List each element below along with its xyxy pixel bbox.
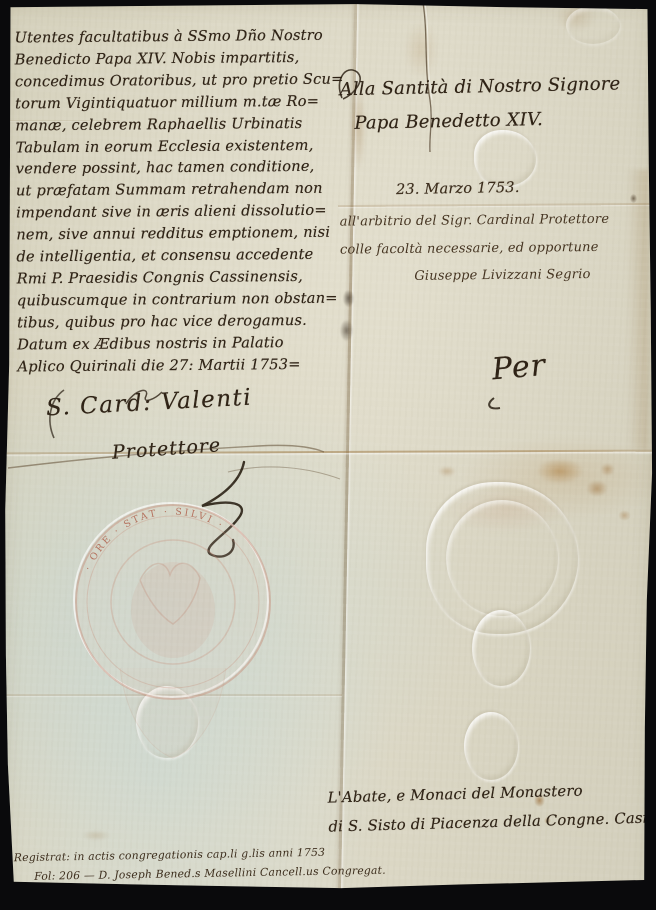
embossed-oval — [472, 610, 530, 686]
seal-device — [140, 563, 200, 624]
latin-line: concedimus Oratoribus, ut pro pretio Scu… — [15, 68, 341, 93]
seal-inscription: · ORE · STAT · SILVI · — [83, 507, 226, 573]
embossed-oval — [566, 6, 620, 44]
rescript-line: Giuseppe Livizzani Segrio — [340, 260, 652, 291]
latin-line: vendere possint, hac tamen conditione, — [16, 156, 342, 181]
stain — [404, 22, 438, 78]
date-line: 23. Marzo 1753. — [396, 180, 520, 198]
embossed-seal-impression — [446, 500, 558, 616]
per-flick — [489, 398, 500, 408]
stain — [536, 458, 584, 484]
stain — [586, 480, 608, 497]
rescript-line: colle facoltà necessarie, ed opportune — [340, 233, 652, 264]
latin-line: manæ, celebrem Raphaellis Urbinatis — [15, 112, 341, 137]
latin-line: Benedicto Papa XIV. Nobis impartitis, — [15, 46, 341, 71]
signature-name: S. Card: Valenti — [45, 385, 252, 422]
latin-line: ut præfatam Summam retrahendam non — [16, 178, 342, 203]
embossed-oval — [464, 712, 518, 780]
addressee-block: L'Abate, e Monaci del Monastero di S. Si… — [327, 774, 656, 841]
latin-line: quibuscumque in contrarium non obstan= — [17, 287, 343, 312]
rescript-block: all'arbitrio del Sigr. Cardinal Protetto… — [340, 205, 653, 291]
heading-line: Alla Santità di Nostro Signore — [339, 67, 648, 107]
signature-paraph — [202, 462, 244, 557]
stain — [618, 510, 631, 521]
embossed-wax-seal: · ORE · STAT · SILVI · — [74, 503, 270, 758]
latin-line: tibus, quibus pro hac vice derogamus. — [17, 309, 343, 334]
signature-sweep — [228, 467, 340, 479]
stain — [600, 463, 615, 476]
latin-text-block: Utentes facultatibus à SSmo Dño Nostro B… — [14, 25, 343, 378]
latin-line: impendant sive in æris alieni dissolutio… — [16, 200, 342, 225]
stain — [438, 466, 456, 477]
latin-line: Datum ex Ædibus nostris in Palatio — [17, 331, 343, 356]
latin-line: Aplico Quirinali die 27: Martii 1753= — [17, 353, 343, 378]
horizontal-fold-line — [0, 450, 656, 455]
latin-line: nem, sive annui redditus emptionem, nisi — [16, 222, 342, 247]
document-paper: · ORE · STAT · SILVI · Utentes facultati… — [0, 0, 656, 910]
heading-line: Papa Benedetto XIV. — [340, 101, 649, 141]
latin-line: de intelligentia, et consensu accedente — [16, 244, 342, 269]
latin-line: torum Vigintiquatuor millium m.tæ Ro= — [15, 90, 341, 115]
ink-speck — [630, 194, 637, 203]
rescript-line: all'arbitrio del Sigr. Cardinal Protetto… — [340, 205, 652, 236]
latin-line: Rmi P. Praesidis Congnis Cassinensis, — [17, 266, 343, 291]
stain — [448, 490, 563, 532]
address-heading: Alla Santità di Nostro Signore Papa Bene… — [339, 67, 648, 141]
latin-line: Tabulam in eorum Ecclesia existentem, — [15, 134, 341, 159]
photo-frame: · ORE · STAT · SILVI · Utentes facultati… — [0, 0, 656, 910]
per-script: Per — [491, 348, 548, 388]
stain — [556, 2, 596, 32]
stain — [82, 830, 110, 841]
crease-line — [0, 694, 342, 696]
latin-line: Utentes facultatibus à SSmo Dño Nostro — [14, 25, 340, 50]
embossed-oval — [136, 686, 198, 758]
signature-title: Protettore — [111, 434, 222, 464]
seal-shield-tail — [120, 668, 226, 758]
embossed-seal-impression — [426, 482, 578, 634]
embossed-mark — [474, 130, 536, 186]
registration-note: Registrat: in actis congregationis cap.l… — [14, 843, 381, 886]
